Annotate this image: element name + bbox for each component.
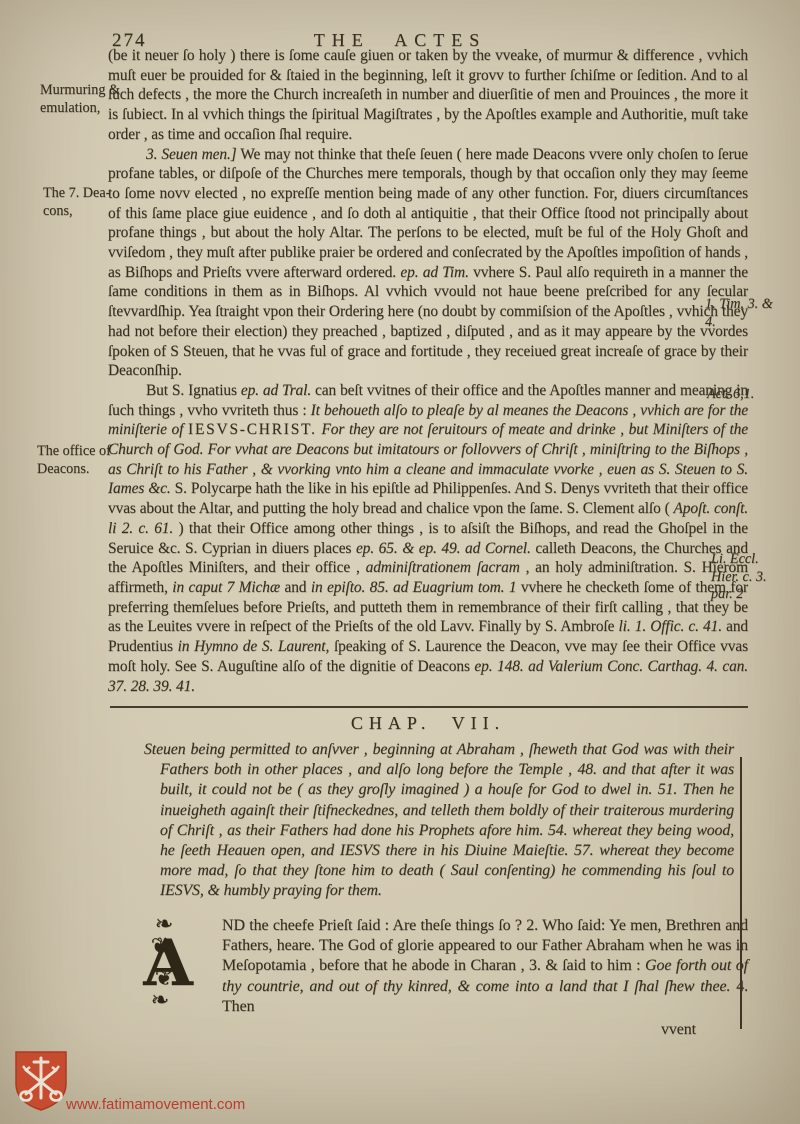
ornate-initial-dropcap: A: [124, 920, 212, 1008]
crossed-keys-shield-icon: [12, 1048, 70, 1112]
chapter-heading: CHAP. VII.: [108, 714, 748, 734]
annotation-paragraph-3: But S. Ignatius ep. ad Tral. can beſt vv…: [108, 381, 748, 696]
margin-note-seven-deacons: The 7. Dea-cons,: [43, 185, 123, 220]
margin-note-murmuring: Murmuring & emulation,: [40, 82, 142, 117]
citation-italic: in Hymno de S. Laurent,: [178, 638, 330, 655]
book-page-scan: 274 THE ACTES (be it neuer ſo holy ) the…: [0, 0, 800, 1124]
paragraph-text: We may not thinke that theſe ſeuen ( her…: [108, 146, 748, 281]
watermark: www.fatimamovement.com: [10, 1048, 310, 1118]
main-text-column: (be it neuer ſo holy ) there is ſome cau…: [108, 46, 748, 1039]
chapter-opening-paragraph: AND the cheefe Prieſt ſaid : Are theſe t…: [108, 916, 748, 1018]
paragraph-text: S. Polycarpe hath the like in his epiſtl…: [108, 480, 748, 517]
sacred-name-caps: IESVS-CHRIST.: [188, 421, 317, 438]
paragraph-text: But S. Ignatius: [146, 382, 241, 399]
citation-italic: ep. ad Tral.: [241, 382, 311, 399]
margin-note-office-of-deacons: The office of Deacons.: [37, 443, 137, 478]
citation-italic: in epiſto. 85. ad Euagrium tom. 1: [311, 579, 517, 596]
annotation-paragraph-1: (be it neuer ſo holy ) there is ſome cau…: [108, 46, 748, 145]
citation-italic: ep. ad Tim.: [400, 264, 468, 281]
paragraph-text: and: [280, 579, 311, 596]
watermark-url-text: www.fatimamovement.com: [66, 1096, 245, 1113]
paragraph-text: vvhere S. Paul alſo requireth in a manne…: [108, 264, 748, 380]
lemma-italic: 3. Seuen men.]: [146, 146, 237, 163]
annotation-paragraph-2: 3. Seuen men.] We may not thinke that th…: [108, 145, 748, 381]
margin-citation-eccl-hier: Li. Eccl. Hier. c. 3. par. 2: [711, 551, 771, 604]
margin-citation-timothy: 1. Tim. 3. & 4.: [705, 296, 775, 331]
citation-italic: li. 1. Offic. c. 41.: [618, 618, 721, 635]
paragraph-text: (be it neuer ſo holy ) there is ſome cau…: [108, 47, 748, 143]
catchword: vvent: [108, 1020, 748, 1040]
section-divider-rule: [110, 706, 748, 708]
citation-italic: ep. 65. & ep. 49. ad Cornel.: [356, 540, 531, 557]
margin-citation-acts: Act. 6,1.: [707, 386, 782, 404]
chapter-summary: Steuen being permitted to anſvver , begi…: [108, 740, 748, 902]
chapter-side-rule: [740, 757, 742, 1029]
latin-italic: adminiſtrationem ſacram: [366, 559, 520, 576]
citation-italic: in caput 7 Michæ: [172, 579, 280, 596]
